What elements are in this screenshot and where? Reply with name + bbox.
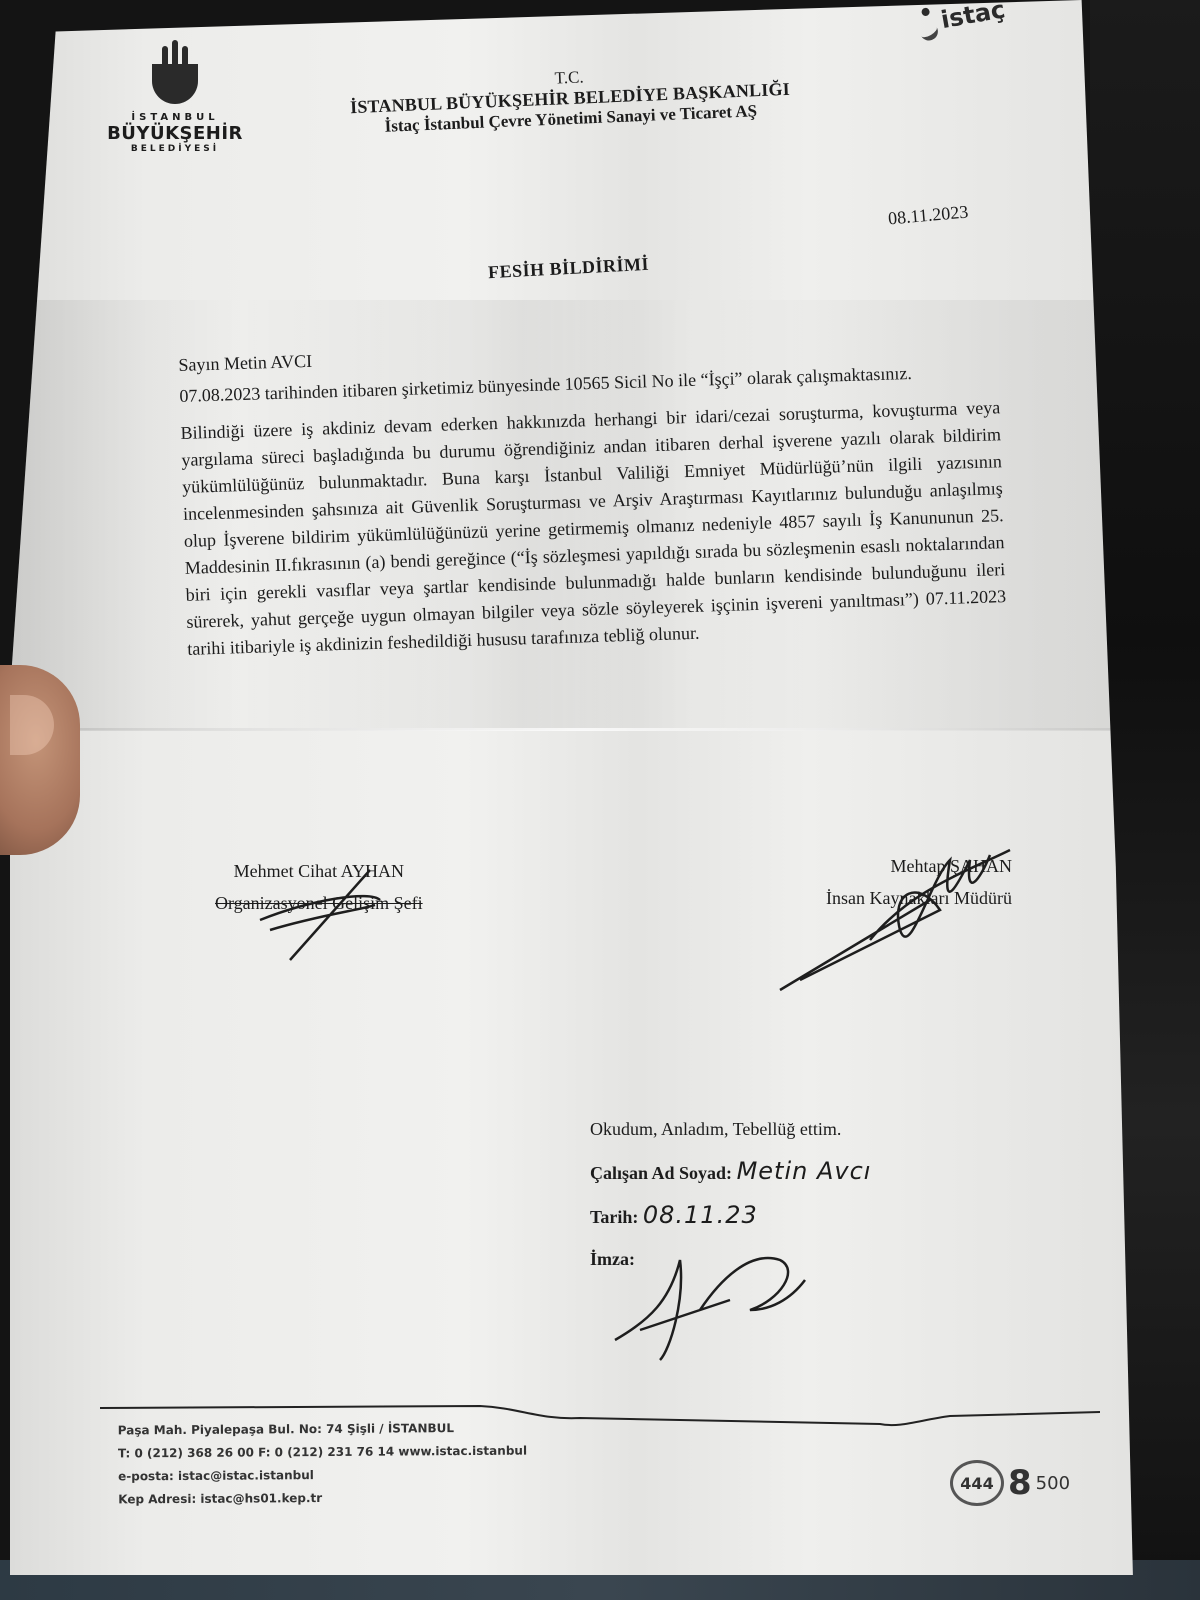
employee-name-label: Çalışan Ad Soyad: <box>590 1163 732 1183</box>
letterhead: T.C. İSTANBUL BÜYÜKŞEHİR BELEDİYE BAŞKAN… <box>329 58 811 139</box>
paragraph-termination: Bilindiği üzere iş akdiniz devam ederken… <box>180 394 1007 663</box>
employee-name-handwritten: Metin Avcı <box>737 1157 872 1185</box>
acknowledgement-statement: Okudum, Anladım, Tebellüğ ettim. <box>590 1108 871 1150</box>
hotline-suffix: 500 <box>1036 1473 1070 1494</box>
footer-kep: Kep Adresi: istac@hs01.kep.tr <box>118 1486 527 1512</box>
hotline-prefix: 444 <box>960 1474 993 1493</box>
document-page: İSTANBUL BÜYÜKŞEHİR BELEDİYESİ T.C. İSTA… <box>10 0 1150 1575</box>
municipality-emblem-icon <box>148 40 202 106</box>
hotline-main: 8 <box>1008 1463 1032 1503</box>
brand-logo: istaç <box>913 0 1007 40</box>
istac-figure-icon <box>913 6 940 39</box>
letter-body: Sayın Metin AVCI 07.08.2023 tarihinden i… <box>178 326 1008 673</box>
employee-signature-icon <box>610 1240 810 1370</box>
footer-phone: T: 0 (212) 368 26 00 F: 0 (212) 231 76 1… <box>118 1440 527 1466</box>
ack-date-handwritten: 08.11.23 <box>643 1201 758 1229</box>
logo-line-1: İSTANBUL <box>105 112 245 123</box>
municipality-logo: İSTANBUL BÜYÜKŞEHİR BELEDİYESİ <box>105 40 245 154</box>
document-date: 08.11.2023 <box>887 202 969 230</box>
brand-logo-text: istaç <box>939 0 1007 34</box>
paper-fold <box>10 728 1150 731</box>
ack-date-label: Tarih: <box>590 1207 638 1227</box>
logo-line-3: BELEDİYESİ <box>105 144 245 154</box>
headset-icon: 444 <box>950 1460 1004 1506</box>
footer-email: e-posta: istac@istac.istanbul <box>118 1463 527 1489</box>
thumb-holding-paper <box>0 665 80 855</box>
signature-left-icon <box>250 860 400 970</box>
hotline-logo: 444 8 500 <box>950 1460 1070 1506</box>
logo-line-2: BÜYÜKŞEHİR <box>105 123 245 144</box>
signature-right-icon <box>770 820 1020 1000</box>
footer-contact: Paşa Mah. Piyalepaşa Bul. No: 74 Şişli /… <box>118 1417 528 1512</box>
document-title: FESİH BİLDİRİMİ <box>488 254 650 283</box>
footer-address: Paşa Mah. Piyalepaşa Bul. No: 74 Şişli /… <box>118 1417 527 1443</box>
